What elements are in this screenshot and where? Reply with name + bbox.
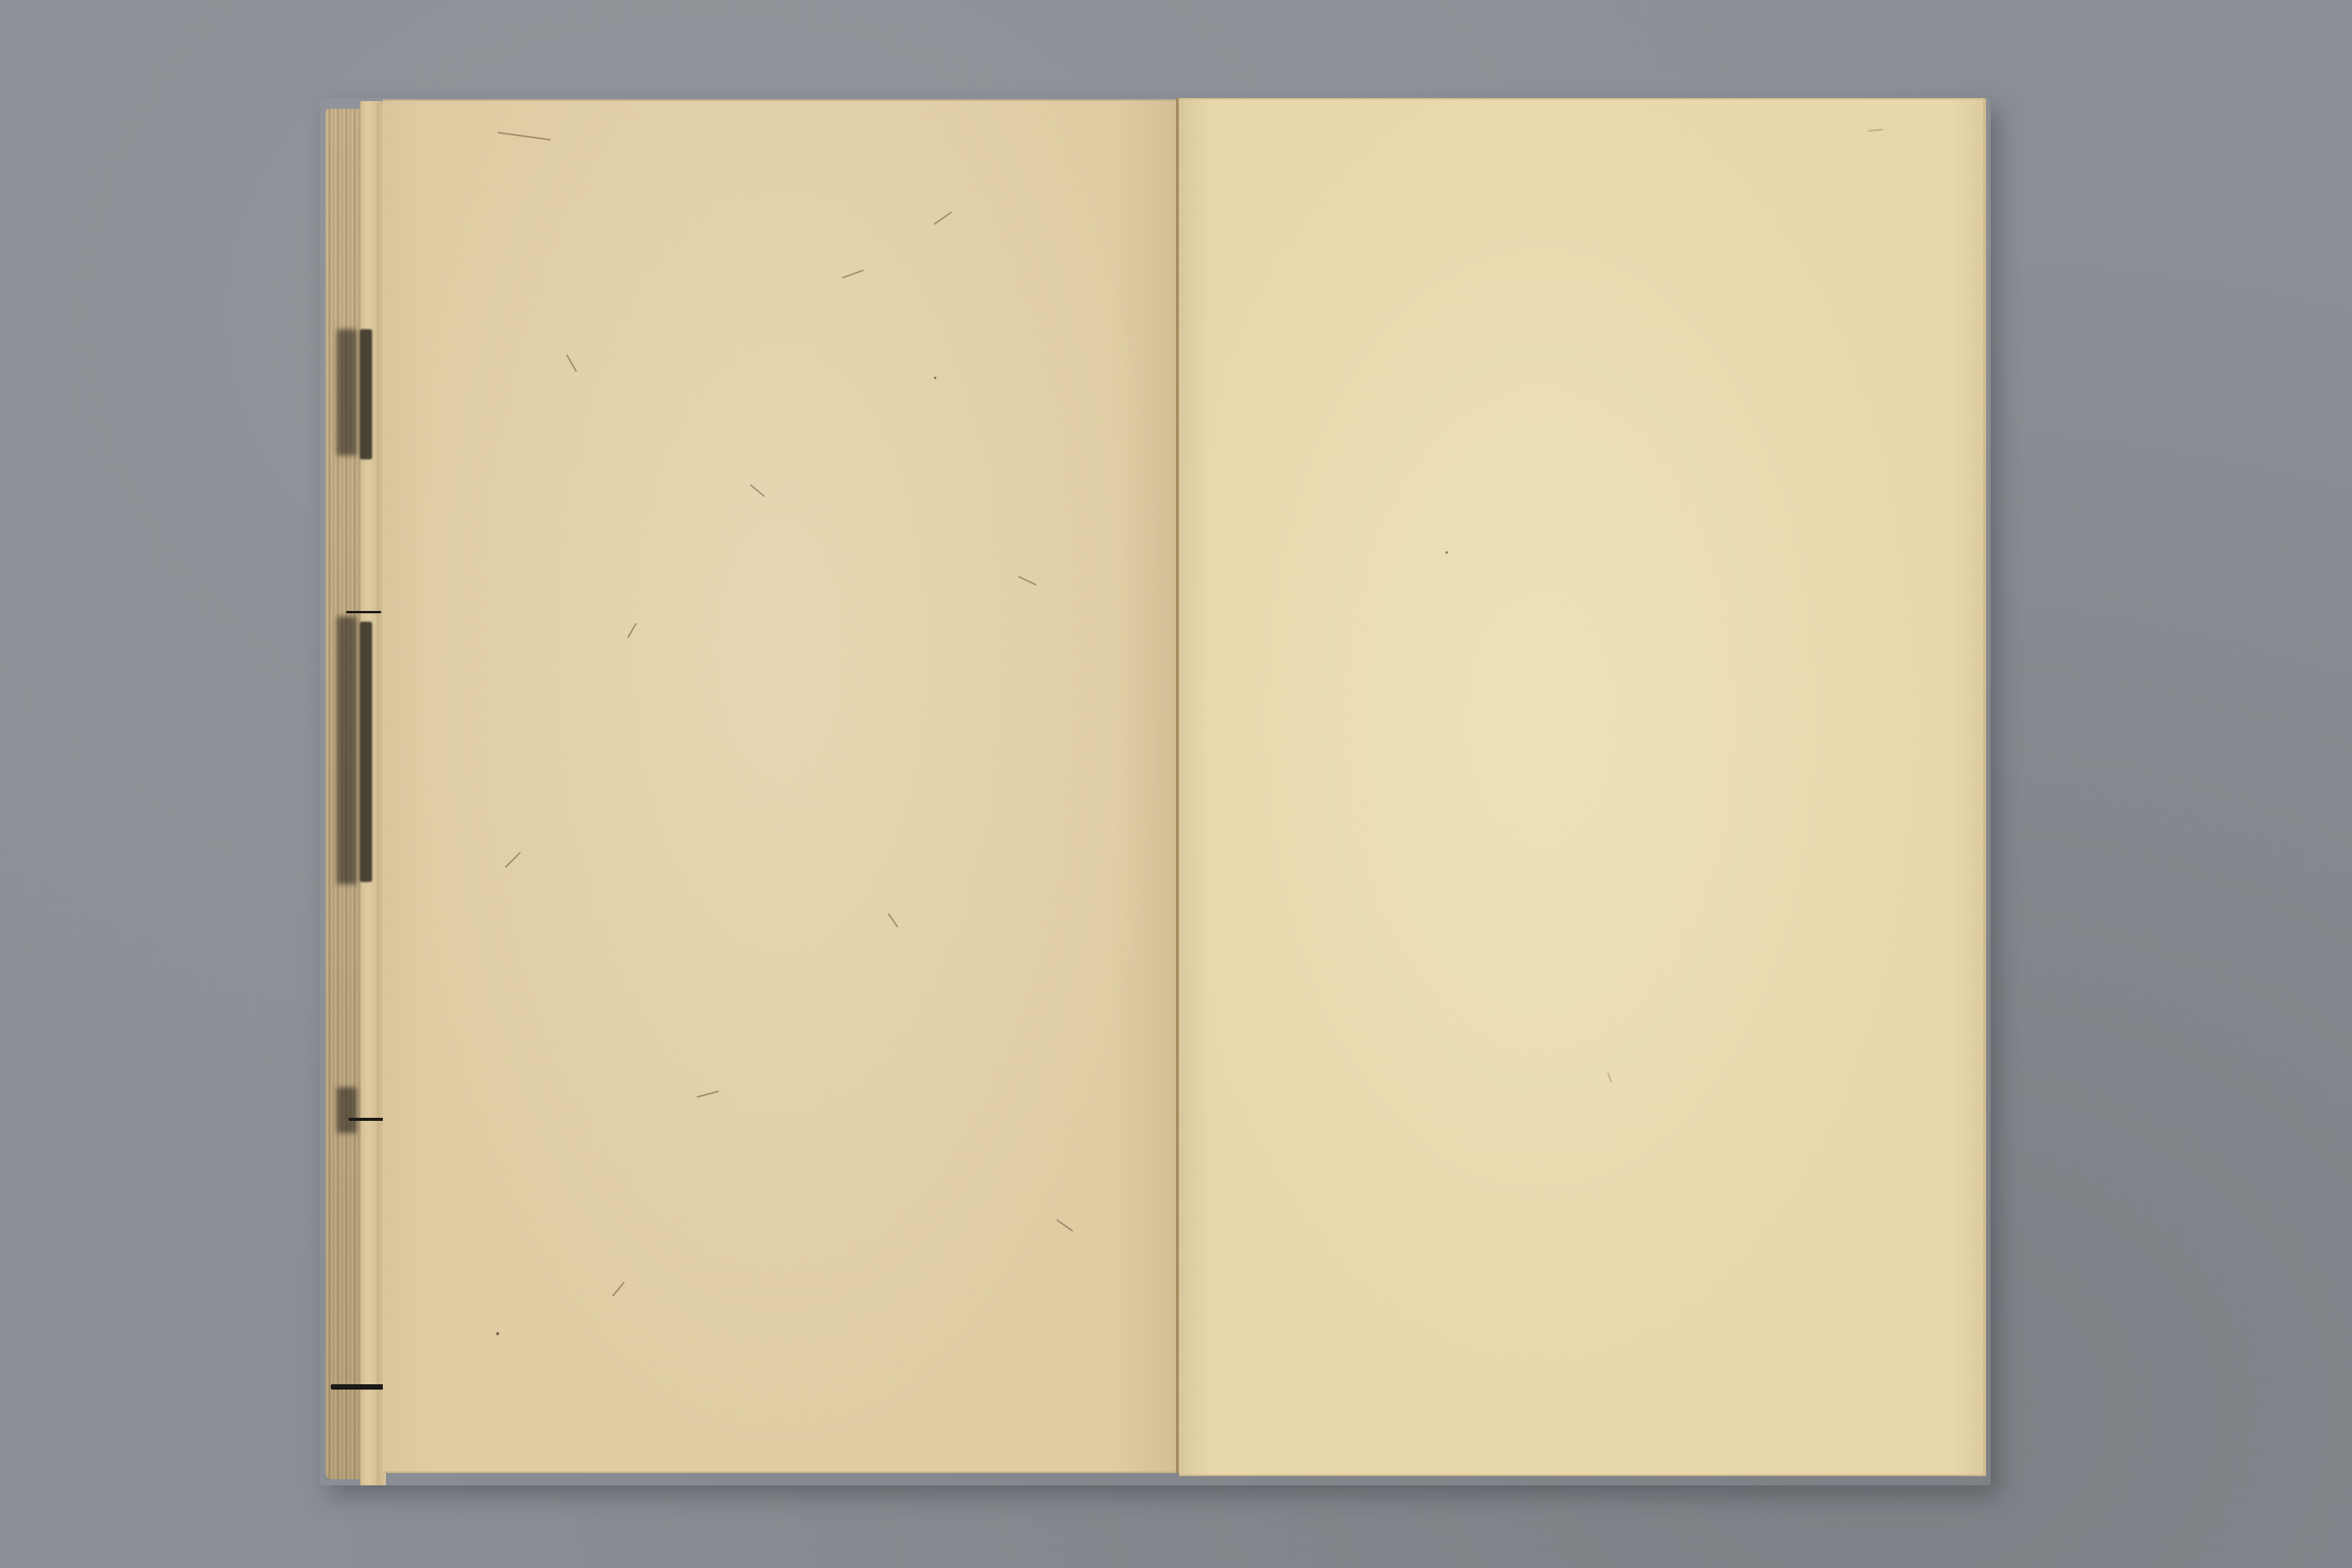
paper-fibre <box>566 354 577 373</box>
paper-fibre <box>1868 129 1883 132</box>
paper-fibre <box>1056 1219 1073 1232</box>
fore-edge-rule-lower <box>348 1118 385 1121</box>
paper-speck <box>1445 551 1448 554</box>
fore-edge-mark-upper-strokes <box>360 329 372 459</box>
paper-fibre <box>1607 1073 1612 1083</box>
paper-fibre <box>697 1090 719 1098</box>
paper-fibre <box>842 269 864 279</box>
fore-edge-mark-lower <box>337 1087 357 1133</box>
fore-edge-mark-middle <box>337 616 357 884</box>
paper-fibre <box>612 1282 625 1297</box>
paper-fibre <box>887 913 898 927</box>
left-page <box>383 100 1178 1473</box>
paper-speck <box>934 377 936 379</box>
fore-edge-rule-bottom <box>331 1384 386 1390</box>
paper-speck <box>496 1332 499 1335</box>
paper-fibre <box>1018 576 1037 586</box>
paper-fibre <box>505 851 521 867</box>
fore-edge-rule-top <box>346 611 381 613</box>
paper-fibre <box>933 211 952 225</box>
right-page <box>1179 98 1986 1476</box>
photo-scene <box>0 0 2352 1568</box>
fore-edge-mark-upper <box>337 329 357 456</box>
paper-fibre <box>498 132 551 141</box>
fore-edge-mark-middle-strokes <box>360 622 372 882</box>
paper-fibre <box>627 622 637 638</box>
paper-fibre <box>750 484 765 497</box>
